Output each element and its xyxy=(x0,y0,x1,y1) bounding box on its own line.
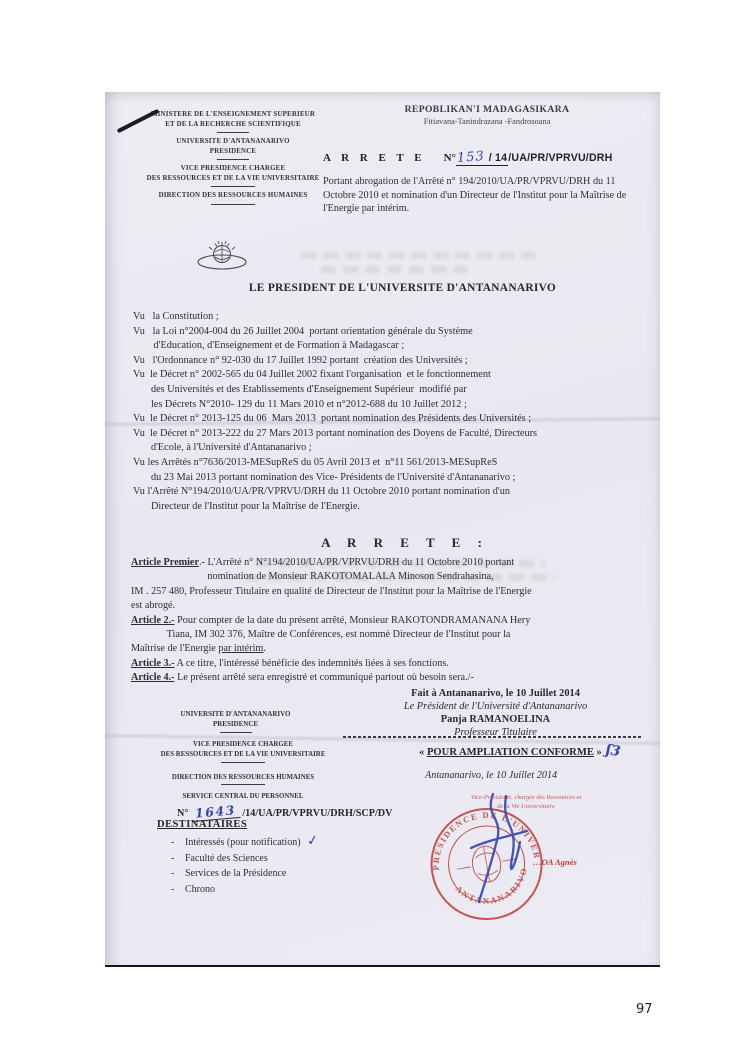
article-text-segment: par intérim xyxy=(218,643,263,654)
vu-line: Vu la Loi n°2004-004 du 26 Juillet 2004 … xyxy=(133,325,645,340)
articles-body: Article Premier.- L'Arrêté n° N°194/2010… xyxy=(131,556,646,686)
article-line: nomination de Monsieur RAKOTOMALALA Mino… xyxy=(131,570,646,584)
vu-list: Vu la Constitution ;Vu la Loi n°2004-004… xyxy=(133,310,645,514)
destinataire-label: Intéressés (pour notification) xyxy=(185,837,301,848)
footer-vice-presidence-block: VICE PRESIDENCE CHARGEE DES RESSOURCES E… xyxy=(121,740,365,767)
handwritten-paraph: ʃ3 xyxy=(605,742,622,760)
ministry-name-line2: ET DE LA RECHERCHE SCIENTIFIQUE xyxy=(117,120,349,130)
divider xyxy=(220,732,252,733)
footer-university-name: UNIVERSITE D'ANTANANARIVO xyxy=(133,710,338,720)
article-text-segment: IM . 257 480, Professeur Titulaire en qu… xyxy=(131,586,532,597)
vu-line: du 23 Mai 2013 portant nomination des Vi… xyxy=(133,471,645,486)
vu-line: Vu le Décret n° 2013-222 du 27 Mars 2013… xyxy=(133,427,645,442)
article-text-segment: .- L'Arrêté n° N°194/2010/UA/PR/VPRVU/DR… xyxy=(199,557,514,568)
vu-line: des Universités et des Etablissements d'… xyxy=(133,383,645,398)
numero-label: N° xyxy=(444,152,456,164)
letterhead-left: MINISTERE DE L'ENSEIGNEMENT SUPERIEUR ET… xyxy=(117,110,349,209)
signature-block: Fait à Antananarivo, le 10 Juillet 2014 … xyxy=(343,687,648,739)
list-dash: - xyxy=(171,882,185,898)
footer-service-block: SERVICE CENTRAL DU PERSONNEL xyxy=(121,793,365,800)
vu-line: d'Ecole, à l'Université d'Antananarivo ; xyxy=(133,441,645,456)
article-line: Article 3.- A ce titre, l'intéressé béné… xyxy=(131,657,646,671)
article-text-segment: . xyxy=(263,643,266,654)
vice-presidence-line1: VICE PRESIDENCE CHARGEE xyxy=(117,164,349,174)
article-text-segment: est abrogé. xyxy=(131,600,175,611)
numero-reference: /UA/PR/VPRVU/DRH xyxy=(508,152,612,164)
handwritten-checkmark: ✓ xyxy=(306,833,320,850)
arrete-heading: A R R E T E : xyxy=(165,535,645,551)
footer-university-block: UNIVERSITE D'ANTANANARIVO PRESIDENCE xyxy=(133,710,338,737)
footer-numero-reference: /14/UA/PR/VPRVU/DRH/SCP/DV xyxy=(242,808,392,819)
ampliation-heading: « POUR AMPLIATION CONFORME »ʃ3 xyxy=(419,743,620,759)
divider xyxy=(217,132,249,133)
destinataire-label: Faculté des Sciences xyxy=(185,853,268,864)
page-number: 97 xyxy=(636,1002,653,1017)
footer-service-label: SERVICE CENTRAL DU PERSONNEL xyxy=(121,793,365,800)
handwritten-signature xyxy=(453,786,538,916)
numero-year: / 14 xyxy=(489,152,507,164)
vu-line: Vu la Constitution ; xyxy=(133,310,645,325)
article-text-segment: Tiana, IM 302 376, Maître de Conférences… xyxy=(131,629,510,640)
article-line: est abrogé. xyxy=(131,599,646,613)
list-dash: - xyxy=(171,835,185,851)
presidence-label: PRESIDENCE xyxy=(117,147,349,157)
arrete-number-line: A R R E T E N°153 / 14/UA/PR/VPRVU/DRH xyxy=(323,148,651,166)
scanned-document: MINISTERE DE L'ENSEIGNEMENT SUPERIEUR ET… xyxy=(105,92,660,967)
president-name: Panja RAMANOELINA xyxy=(343,713,648,726)
handwritten-arrete-number: 153 xyxy=(456,149,485,166)
vu-line: d'Education, d'Enseignement et de Format… xyxy=(133,339,645,354)
vu-line: Vu le Décret n° 2013-125 du 06 Mars 2013… xyxy=(133,412,645,427)
article-text-segment: Article 4.- xyxy=(131,672,175,683)
article-text-segment: Le présent arrêté sera enregistré et com… xyxy=(175,672,474,683)
article-line: Article 4.- Le présent arrêté sera enreg… xyxy=(131,671,646,685)
divider xyxy=(221,784,265,785)
stamp-signer-name: …OA Agnès xyxy=(533,857,577,867)
ampliation-place-date: Antananarivo, le 10 Juillet 2014 xyxy=(425,770,557,781)
destinataire-label: Services de la Présidence xyxy=(185,868,286,879)
article-text-segment: Maîtrise de l'Energie xyxy=(131,643,218,654)
destinataire-item: -Faculté des Sciences xyxy=(171,851,318,867)
article-line: Article Premier.- L'Arrêté n° N°194/2010… xyxy=(131,556,646,570)
separator-line xyxy=(343,736,643,738)
article-text-segment: Article 3.- xyxy=(131,658,175,669)
list-dash: - xyxy=(171,866,185,882)
vu-line: Directeur de l'Institut pour la Maîtrise… xyxy=(133,500,645,515)
direction-rh: DIRECTION DES RESSOURCES HUMAINES xyxy=(117,191,349,201)
vu-line: les Décrets N°2010- 129 du 11 Mars 2010 … xyxy=(133,398,645,413)
article-text-segment: Pour compter de la date du présent arrêt… xyxy=(175,615,531,626)
vu-line: Vu l'Arrêté N°194/2010/UA/PR/VPRVU/DRH d… xyxy=(133,485,645,500)
document-title: LE PRESIDENT DE L'UNIVERSITE D'ANTANANAR… xyxy=(145,282,660,294)
footer-numero-label: N° xyxy=(177,808,188,819)
quote-close: » xyxy=(594,747,602,758)
article-text-segment: nomination de Monsieur RAKOTOMALALA Mino… xyxy=(131,571,494,582)
article-text-segment: A ce titre, l'intéressé bénéficie des in… xyxy=(175,658,449,669)
destinataire-item: -Intéressés (pour notification)✓ xyxy=(171,834,318,851)
national-motto: Fitiavana-Tanindrazana -Fandrosoana xyxy=(323,117,651,126)
divider xyxy=(217,159,249,160)
article-line: Tiana, IM 302 376, Maître de Conférences… xyxy=(131,628,646,642)
president-title-line: Le Président de l'Université d'Antananar… xyxy=(343,700,648,713)
divider xyxy=(211,204,255,205)
article-text-segment: Article 2.- xyxy=(131,615,175,626)
footer-vice-line2: DES RESSOURCES ET DE LA VIE UNIVERSITAIR… xyxy=(121,750,365,760)
article-line: Article 2.- Pour compter de la date du p… xyxy=(131,614,646,628)
arrete-word: A R R E T E xyxy=(323,152,426,164)
university-name: UNIVERSITE D'ANTANANARIVO xyxy=(117,137,349,147)
footer-presidence-label: PRESIDENCE xyxy=(133,720,338,730)
fait-a-line: Fait à Antananarivo, le 10 Juillet 2014 xyxy=(343,687,648,700)
vu-line: Vu les Arrêtés n°7636/2013-MESupReS du 0… xyxy=(133,456,645,471)
article-line: IM . 257 480, Professeur Titulaire en qu… xyxy=(131,585,646,599)
list-dash: - xyxy=(171,851,185,867)
footer-vice-line1: VICE PRESIDENCE CHARGEE xyxy=(121,740,365,750)
registration-number-line: N° 1643 /14/UA/PR/VPRVU/DRH/SCP/DV xyxy=(177,804,393,820)
vu-line: Vu le Décret n° 2002-565 du 04 Juillet 2… xyxy=(133,368,645,383)
footer-direction-block: DIRECTION DES RESSOURCES HUMAINES xyxy=(121,774,365,789)
letterhead-right: REPOBLIKAN'I MADAGASIKARA Fitiavana-Tani… xyxy=(323,104,651,216)
vice-presidence-line2: DES RESSOURCES ET DE LA VIE UNIVERSITAIR… xyxy=(117,174,349,184)
footer-direction-rh: DIRECTION DES RESSOURCES HUMAINES xyxy=(121,774,365,781)
republic-name: REPOBLIKAN'I MADAGASIKARA xyxy=(323,104,651,115)
quote-open: « xyxy=(419,747,427,758)
page: { "page": {"number": "97"}, "header": { … xyxy=(0,0,745,1053)
university-emblem xyxy=(193,240,251,277)
vu-line: Vu l'Ordonnance n° 92-030 du 17 Juillet … xyxy=(133,354,645,369)
bleedthrough-text xyxy=(301,252,536,259)
divider xyxy=(211,186,255,187)
destinataire-item: -Chrono xyxy=(171,882,318,898)
arrete-subject: Portant abrogation de l'Arrêté n° 194/20… xyxy=(323,175,645,216)
article-text-segment: Article Premier xyxy=(131,557,199,568)
bleedthrough-text xyxy=(321,266,471,273)
destinataire-label: Chrono xyxy=(185,884,215,895)
destinataires-list: -Intéressés (pour notification)✓-Faculté… xyxy=(171,834,318,897)
destinataire-item: -Services de la Présidence xyxy=(171,866,318,882)
destinataires-heading: DESTINATAIRES xyxy=(157,819,247,830)
article-line: Maîtrise de l'Energie par intérim. xyxy=(131,642,646,656)
ampliation-label: POUR AMPLIATION CONFORME xyxy=(427,747,594,758)
divider xyxy=(221,762,265,763)
